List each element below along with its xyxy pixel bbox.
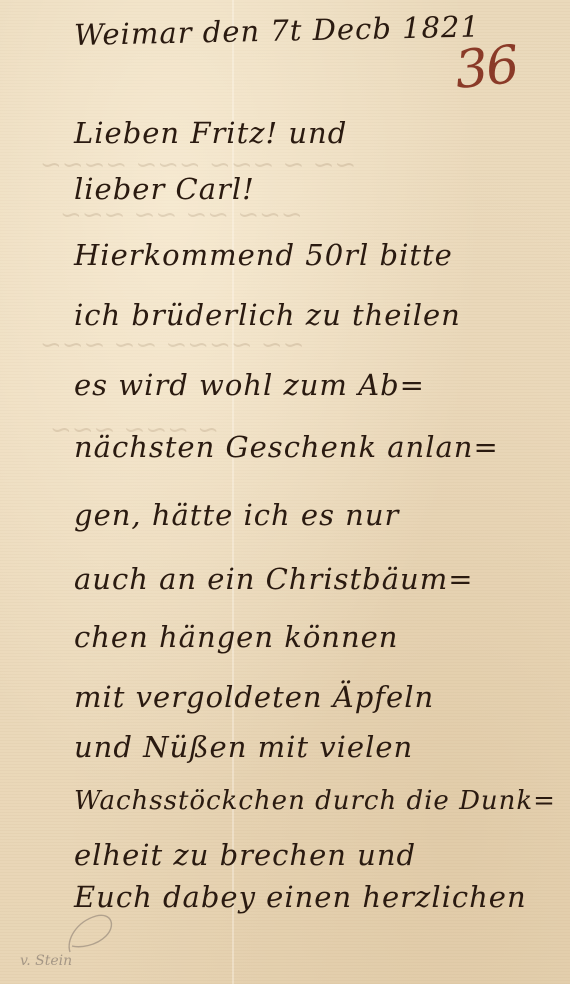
body-line: nächsten Geschenk anlan= xyxy=(74,430,499,464)
salutation-line-1: Lieben Fritz! und xyxy=(74,116,347,150)
body-line: Euch dabey einen herzlichen xyxy=(74,880,527,914)
body-line: mit vergoldeten Äpfeln xyxy=(74,680,434,714)
body-line: Wachsstöckchen durch die Dunk= xyxy=(74,786,556,816)
body-line: elheit zu brechen und xyxy=(74,838,416,872)
folio-number: 36 xyxy=(452,35,520,101)
dateline: Weimar den 7t Decb 1821 xyxy=(74,10,481,52)
body-line: es wird wohl zum Ab= xyxy=(74,368,425,402)
body-line: und Nüßen mit vielen xyxy=(74,730,413,764)
pencil-attribution: v. Stein xyxy=(20,953,72,969)
ink-bleed-through: ~~ ~~~~ ~~ ~~~ xyxy=(40,330,304,360)
body-line: chen hängen können xyxy=(74,620,398,654)
body-line: gen, hätte ich es nur xyxy=(74,498,399,532)
salutation-line-2: lieber Carl! xyxy=(74,172,255,206)
letter-page: ~~ ~ ~~~ ~~~ ~~~~ ~~~ ~~ ~~ ~~~ ~~ ~~~~ … xyxy=(0,0,570,984)
body-line: ich brüderlich zu theilen xyxy=(74,298,461,332)
body-line: auch an ein Christbäum= xyxy=(74,562,474,596)
pencil-loop-mark xyxy=(62,912,118,956)
body-line: Hierkommend 50rl bitte xyxy=(74,238,453,272)
